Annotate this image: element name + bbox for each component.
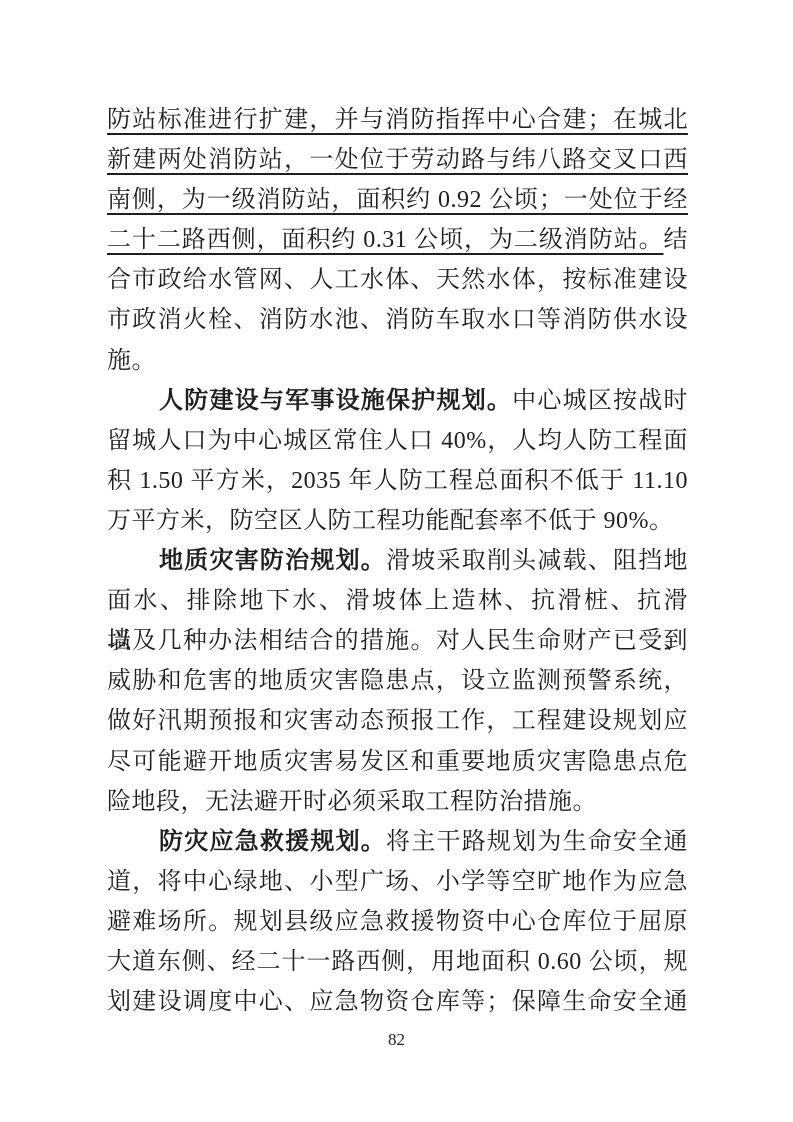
section-heading: 地质灾害防治规划。 — [159, 548, 386, 574]
text-segment: 万平方米，防空区人防工程功能配套率不低于 90%。 — [107, 508, 674, 534]
text-segment: 积 1.50 平方米，2035 年人防工程总面积不低于 11.10 — [107, 468, 688, 494]
text-line: 积 1.50 平方米，2035 年人防工程总面积不低于 11.10 — [107, 461, 688, 501]
text-segment: 道，将中心绿地、小型广场、小学等空旷地作为应急 — [107, 869, 688, 895]
document-page: 防站标准进行扩建，并与消防指挥中心合建；在城北新建两处消防站，一处位于劳动路与纬… — [0, 0, 793, 1122]
text-line: 合市政给水管网、人工水体、天然水体，按标准建设 — [107, 260, 688, 300]
text-segment: 划建设调度中心、应急物资仓库等；保障生命安全通 — [107, 989, 688, 1015]
text-line: 新建两处消防站，一处位于劳动路与纬八路交叉口西 — [107, 140, 688, 180]
text-segment: 结 — [664, 227, 689, 253]
text-line: 人防建设与军事设施保护规划。中心城区按战时 — [107, 381, 688, 421]
text-line: 大道东侧、经二十一路西侧，用地面积 0.60 公顷，规 — [107, 942, 688, 982]
text-line: 威胁和危害的地质灾害隐患点，设立监测预警系统， — [107, 661, 688, 701]
text-segment: 威胁和危害的地质灾害隐患点，设立监测预警系统， — [107, 668, 688, 694]
underlined-text: 防站标准进行扩建，并与消防指挥中心合建；在城北 — [107, 107, 688, 133]
underlined-text: 新建两处消防站，一处位于劳动路与纬八路交叉口西 — [107, 147, 688, 173]
text-line: 做好汛期预报和灾害动态预报工作，工程建设规划应 — [107, 701, 688, 741]
text-segment: 做好汛期预报和灾害动态预报工作，工程建设规划应 — [107, 708, 688, 734]
text-line: 防站标准进行扩建，并与消防指挥中心合建；在城北 — [107, 100, 688, 140]
page-number: 82 — [0, 1030, 793, 1050]
underlined-text: 南侧，为一级消防站，面积约 0.92 公顷；一处位于经 — [107, 187, 688, 213]
text-line: 险地段，无法避开时必须采取工程防治措施。 — [107, 782, 688, 822]
text-line: 南侧，为一级消防站，面积约 0.92 公顷；一处位于经 — [107, 180, 688, 220]
section-heading: 人防建设与军事设施保护规划。 — [159, 388, 512, 414]
document-body: 防站标准进行扩建，并与消防指挥中心合建；在城北新建两处消防站，一处位于劳动路与纬… — [107, 100, 688, 1022]
text-line: 划建设调度中心、应急物资仓库等；保障生命安全通 — [107, 982, 688, 1022]
text-line: 地质灾害防治规划。滑坡采取削头减载、阻挡地 — [107, 541, 688, 581]
text-line: 以及几种办法相结合的措施。对人民生命财产已受到 — [107, 621, 688, 661]
text-line: 留城人口为中心城区常住人口 40%，人均人防工程面 — [107, 421, 688, 461]
text-line: 万平方米，防空区人防工程功能配套率不低于 90%。 — [107, 501, 688, 541]
text-segment: 大道东侧、经二十一路西侧，用地面积 0.60 公顷，规 — [107, 949, 688, 975]
text-segment: 留城人口为中心城区常住人口 40%，人均人防工程面 — [107, 428, 688, 454]
text-line: 防灾应急救援规划。将主干路规划为生命安全通 — [107, 822, 688, 862]
text-line: 面水、排除地下水、滑坡体上造林、抗滑桩、抗滑墙、 — [107, 581, 688, 621]
text-segment: 市政消火栓、消防水池、消防车取水口等消防供水设 — [107, 307, 688, 333]
text-segment: 滑坡采取削头减载、阻挡地 — [386, 548, 688, 574]
text-segment: 中心城区按战时 — [512, 388, 688, 414]
text-segment: 施。 — [107, 348, 156, 374]
text-segment: 尽可能避开地质灾害易发区和重要地质灾害隐患点危 — [107, 749, 688, 775]
text-segment: 避难场所。规划县级应急救援物资中心仓库位于屈原 — [107, 909, 688, 935]
text-segment: 将主干路规划为生命安全通 — [386, 829, 688, 855]
text-line: 二十二路西侧，面积约 0.31 公顷，为二级消防站。结 — [107, 220, 688, 260]
text-line: 道，将中心绿地、小型广场、小学等空旷地作为应急 — [107, 862, 688, 902]
text-line: 市政消火栓、消防水池、消防车取水口等消防供水设 — [107, 300, 688, 340]
text-line: 避难场所。规划县级应急救援物资中心仓库位于屈原 — [107, 902, 688, 942]
underlined-text: 二十二路西侧，面积约 0.31 公顷，为二级消防站。 — [107, 227, 664, 253]
text-segment: 险地段，无法避开时必须采取工程防治措施。 — [107, 789, 597, 815]
section-heading: 防灾应急救援规划。 — [159, 829, 386, 855]
text-line: 尽可能避开地质灾害易发区和重要地质灾害隐患点危 — [107, 742, 688, 782]
text-segment: 合市政给水管网、人工水体、天然水体，按标准建设 — [107, 267, 688, 293]
text-line: 施。 — [107, 341, 688, 381]
text-segment: 以及几种办法相结合的措施。对人民生命财产已受到 — [107, 628, 688, 654]
